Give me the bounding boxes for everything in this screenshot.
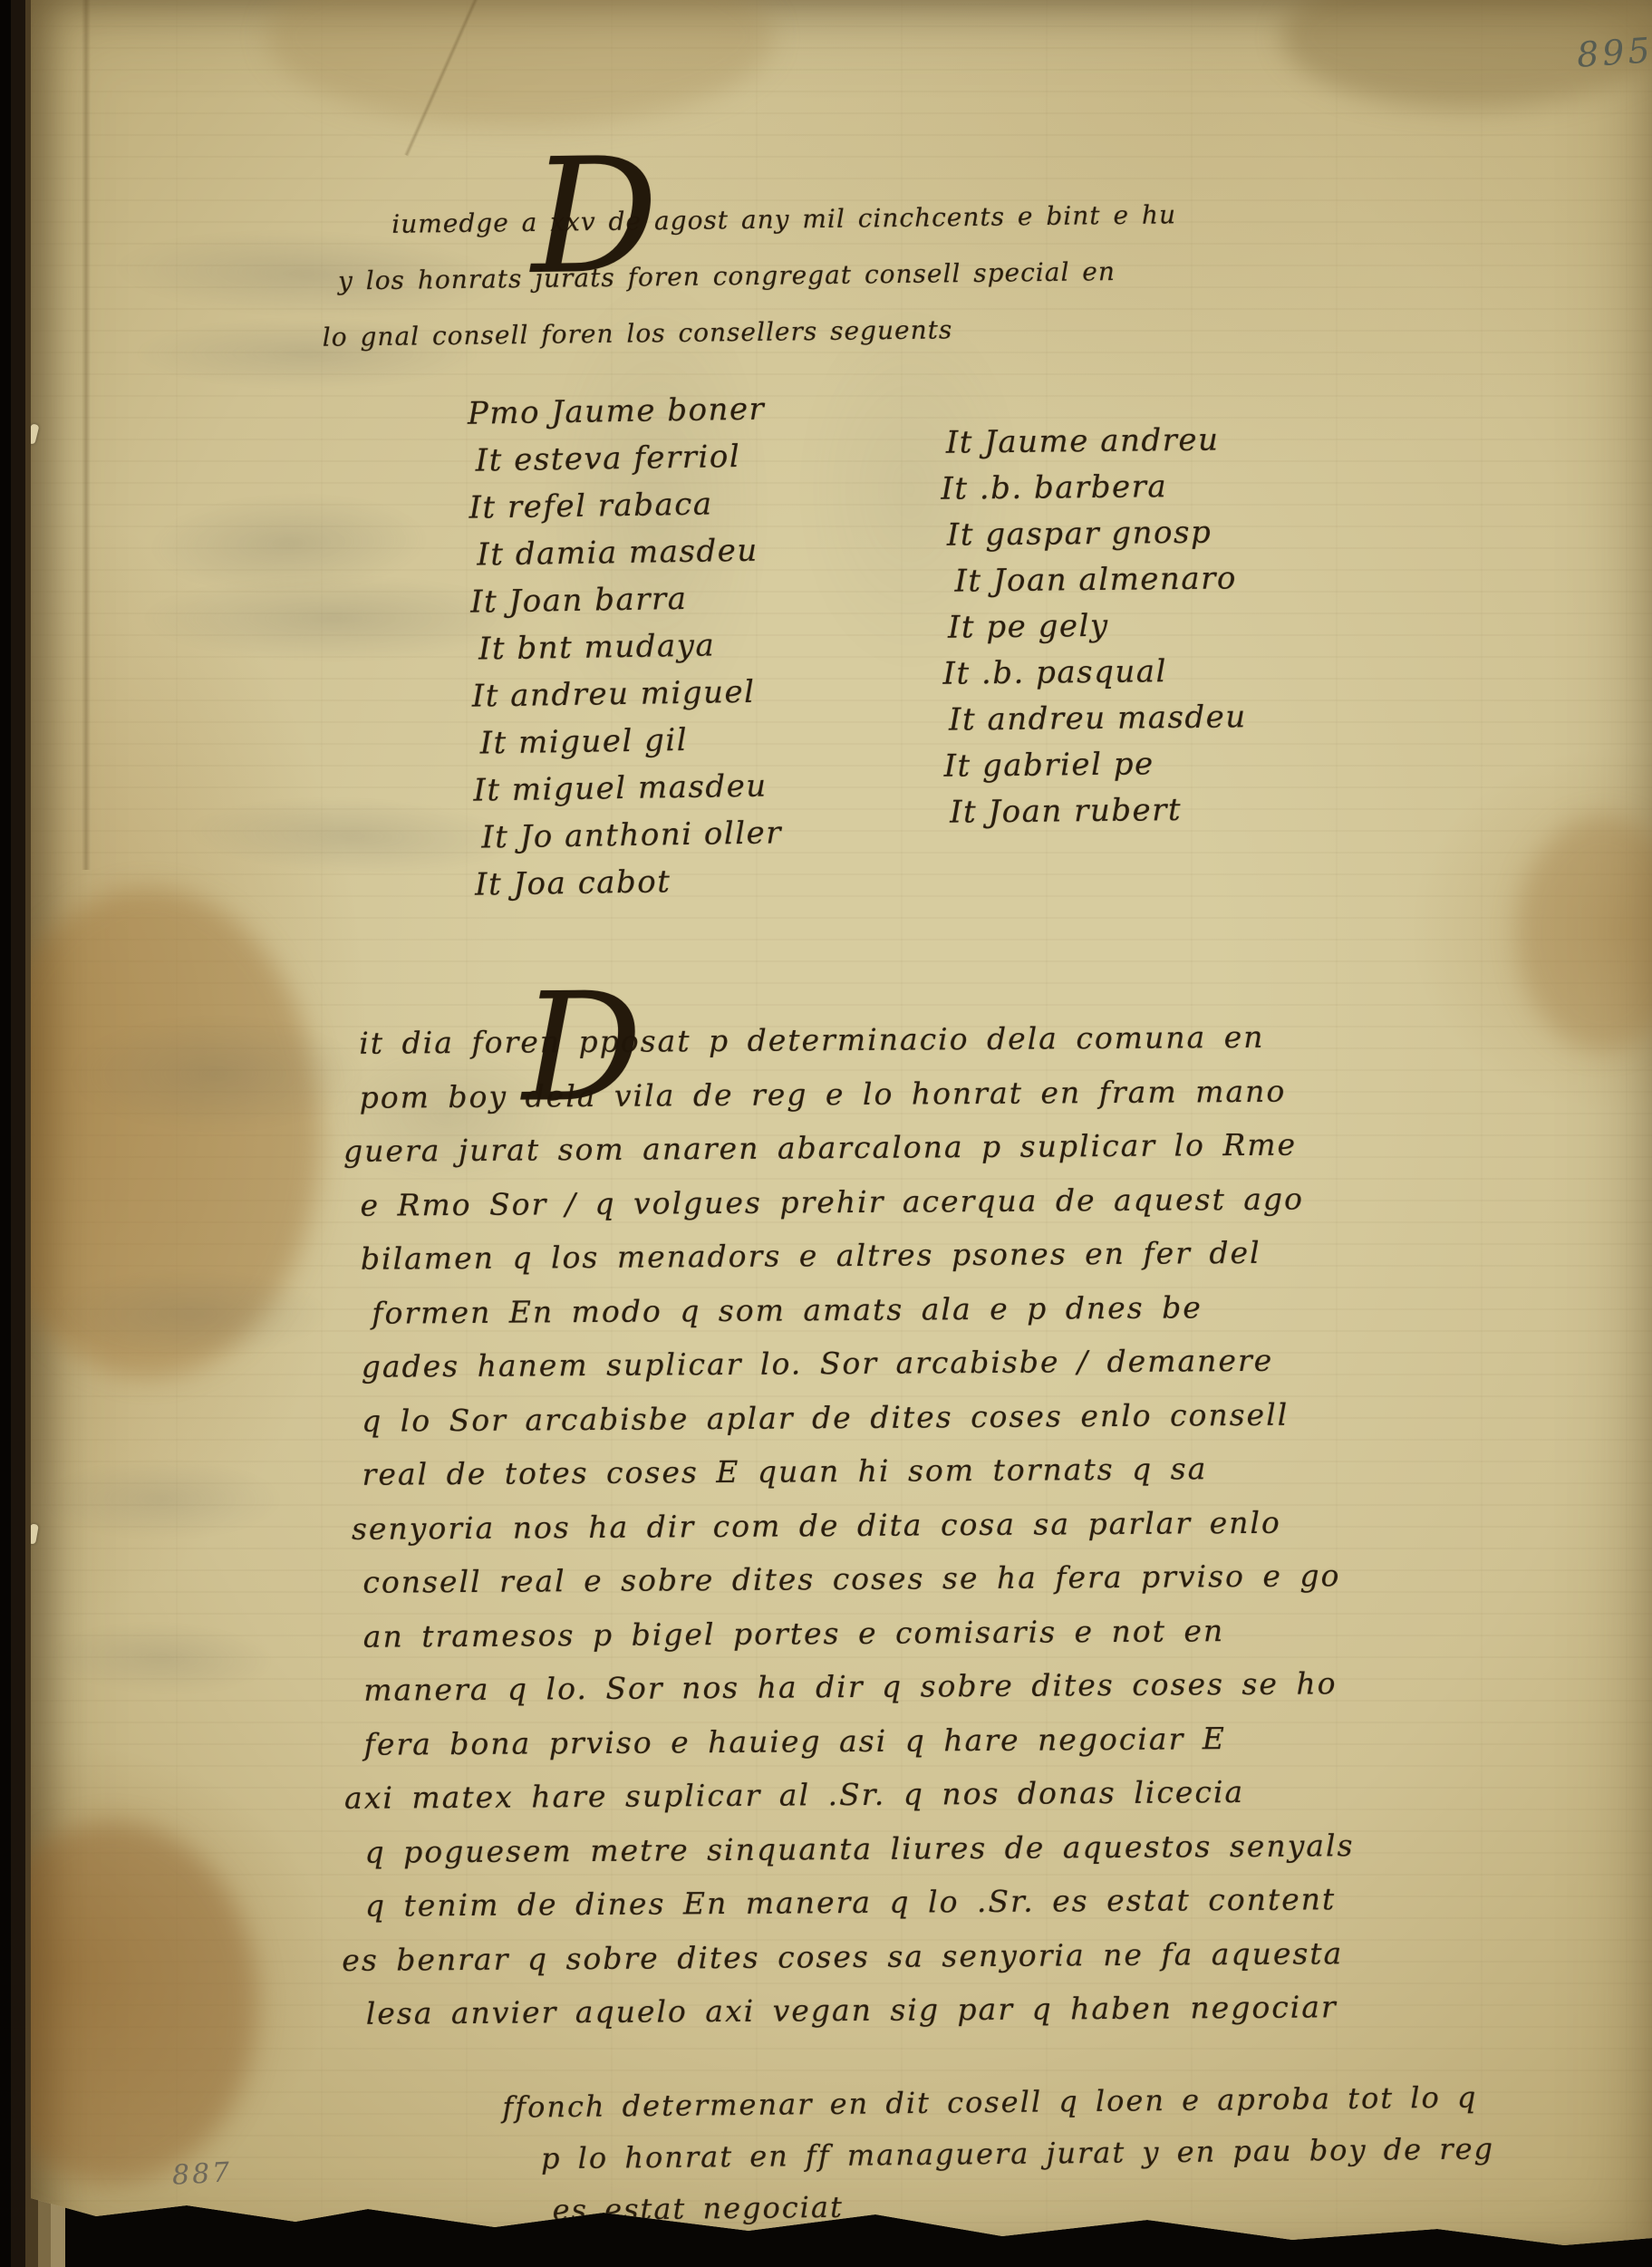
text-line: q lo Sor arcabisbe aplar de dites coses … bbox=[362, 1387, 1351, 1448]
text-line: It esteva ferriol bbox=[475, 432, 776, 484]
text-line: It .b. pasqual bbox=[942, 648, 1246, 698]
text-line: It miguel gil bbox=[479, 715, 780, 767]
text-line: p lo honrat en ff managuera jurat y en p… bbox=[541, 2123, 1495, 2185]
folio-number-top: 895 bbox=[1576, 30, 1652, 75]
text-line: gades hanem suplicar lo. Sor arcabisbe /… bbox=[362, 1333, 1351, 1394]
stain bbox=[0, 888, 321, 1377]
text-line: es benrar q sobre dites coses sa senyori… bbox=[342, 1926, 1355, 1987]
ink-bleed-smudge bbox=[40, 1459, 285, 1540]
text-line: es estat negociat bbox=[552, 2175, 1495, 2236]
stain bbox=[1517, 815, 1652, 1051]
ink-bleed-smudge bbox=[49, 1269, 330, 1359]
ink-bleed-smudge bbox=[48, 1618, 277, 1699]
text-line: q poguesem metre sinquanta liures de aqu… bbox=[364, 1818, 1354, 1879]
text-line: axi matex hare suplicar al .Sr. q nos do… bbox=[344, 1764, 1354, 1825]
stain bbox=[266, 0, 774, 127]
text-line: It Joan rubert bbox=[950, 786, 1248, 835]
text-line: It pe gely bbox=[948, 602, 1246, 651]
text-line: real de totes coses E quan hi som tornat… bbox=[362, 1441, 1351, 1501]
text-line: an tramesos p bigel portes e comisaris e… bbox=[363, 1603, 1353, 1664]
text-line: It gabriel pe bbox=[943, 740, 1247, 790]
stain bbox=[0, 1821, 257, 2184]
manuscript-page: 895 887 D iumedge a xxv de agost any mil… bbox=[31, 0, 1652, 2267]
text-line: y los honrats jurats foren congregat con… bbox=[338, 243, 1177, 309]
text-line: q tenim de dines En manera q lo .Sr. es … bbox=[365, 1872, 1355, 1933]
text-line: guera jurat som anaren abarcalona p supl… bbox=[343, 1117, 1349, 1178]
text-line: bilamen q los menadors e altres psones e… bbox=[361, 1225, 1350, 1286]
council-list-left-column: Pmo Jaume bonerIt esteva ferriolIt refel… bbox=[468, 385, 784, 908]
text-line: formen En modo q som amats ala e p dnes … bbox=[372, 1279, 1350, 1340]
text-line: consell real e sobre dites coses se ha f… bbox=[362, 1548, 1352, 1609]
text-line: It andreu miguel bbox=[471, 668, 779, 719]
illuminated-initial-d: D bbox=[522, 973, 644, 1124]
text-line: iumedge a xxv de agost any mil cinchcent… bbox=[391, 187, 1176, 253]
council-list-right-column: It Jaume andreuIt .b. barberaIt gaspar g… bbox=[941, 417, 1248, 835]
text-line: e Rmo Sor / q volgues prehir acerqua de … bbox=[360, 1172, 1349, 1232]
manuscript-photo: 895 887 D iumedge a xxv de agost any mil… bbox=[0, 0, 1652, 2267]
text-line: fera bona prviso e hauieg asi q hare neg… bbox=[363, 1711, 1353, 1771]
text-line: It damia masdeu bbox=[477, 526, 778, 578]
text-line: It Joan barra bbox=[470, 574, 778, 625]
text-line: lo gnal consell foren los consellers seg… bbox=[322, 299, 1177, 366]
ink-bleed-smudge bbox=[184, 792, 522, 881]
text-line: it dia foren pposat p determinacio dela … bbox=[359, 1009, 1348, 1070]
text-line: It miguel masdeu bbox=[473, 762, 781, 814]
ink-bleed-smudge bbox=[67, 1015, 366, 1133]
session-heading: D iumedge a xxv de agost any mil cinchce… bbox=[321, 187, 1178, 366]
text-line: It gaspar gnosp bbox=[947, 509, 1245, 558]
text-line: It Jo anthoni oller bbox=[481, 809, 782, 861]
text-line: manera q lo. Sor nos ha dir q sobre dite… bbox=[363, 1656, 1353, 1717]
text-line: senyoria nos ha dir com de dita cosa sa … bbox=[352, 1495, 1352, 1556]
crease-line bbox=[404, 0, 483, 157]
illuminated-initial-d: D bbox=[530, 137, 660, 297]
text-line: pom boy dela vila de reg e lo honrat en … bbox=[359, 1064, 1348, 1124]
text-line: It Joa cabot bbox=[475, 856, 783, 908]
resolution-paragraph: D it dia foren pposat p determinacio del… bbox=[350, 1009, 1356, 2040]
crease-line bbox=[82, 0, 91, 870]
text-line: It refel rabaca bbox=[469, 479, 777, 531]
text-line: Pmo Jaume boner bbox=[468, 385, 776, 437]
text-line: It Joan almenaro bbox=[954, 555, 1245, 604]
text-line: It bnt mudaya bbox=[478, 621, 779, 672]
folio-number-bottom: 887 bbox=[171, 2156, 233, 2191]
text-line: lesa anvier aquelo axi vegan sig par q h… bbox=[366, 1980, 1356, 2040]
closing-paragraph: ffonch determenar en dit cosell q loen e… bbox=[502, 2071, 1495, 2236]
ink-bleed-smudge bbox=[147, 489, 431, 599]
text-line: It Jaume andreu bbox=[946, 417, 1244, 466]
text-line: It andreu masdeu bbox=[949, 694, 1247, 743]
text-line: It .b. barbera bbox=[941, 463, 1244, 513]
